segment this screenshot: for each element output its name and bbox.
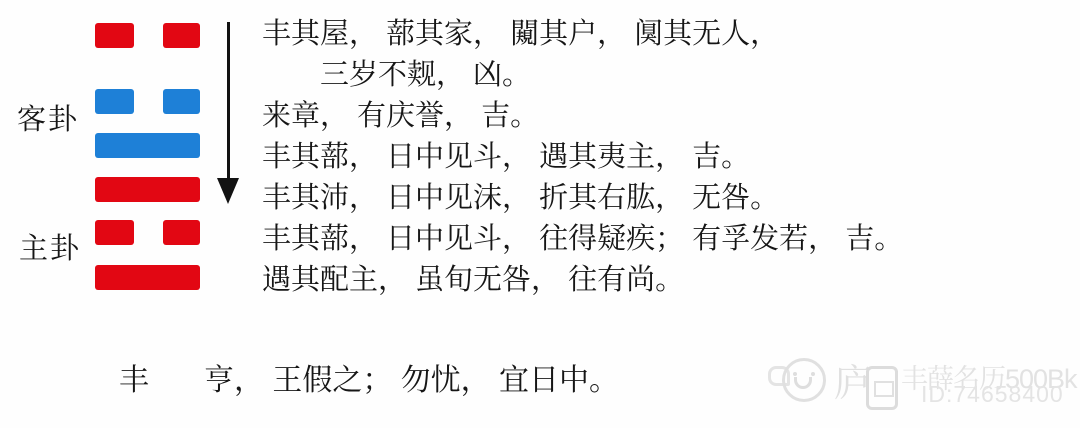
line-segment bbox=[95, 133, 200, 158]
smile-mouth-icon bbox=[794, 377, 812, 389]
hexagram-line-1 bbox=[95, 265, 200, 290]
smiley-face-icon bbox=[782, 358, 826, 402]
down-arrow-head-icon bbox=[217, 178, 239, 204]
hexagram-line-5 bbox=[95, 89, 200, 114]
line-segment bbox=[95, 177, 200, 202]
line-segment bbox=[163, 23, 200, 48]
watermark-id: ID:74658400 bbox=[921, 381, 1064, 408]
yao-text-line: 丰其屋， 蔀其家， 闚其户， 阒其无人， bbox=[262, 14, 1072, 55]
host-trigram-label: 主卦 bbox=[19, 226, 81, 267]
yao-text-line: 三岁不觌， 凶。 bbox=[262, 55, 1072, 96]
guest-trigram-label: 客卦 bbox=[17, 97, 79, 138]
line-segment bbox=[95, 220, 134, 245]
hexagram-line-3 bbox=[95, 177, 200, 202]
yao-text-line: 丰其沛， 日中见沫， 折其右肱， 无咎。 bbox=[262, 178, 1072, 219]
hexagram-line-6 bbox=[95, 23, 200, 48]
hexagram-figure bbox=[95, 0, 200, 300]
line-segment bbox=[95, 265, 200, 290]
line-segment bbox=[163, 220, 200, 245]
feng-hexagram-diagram: 客卦 主卦 丰其屋， 蔀其家， 闚其户， 阒其无人，三岁不觌， 凶。来章， 有庆… bbox=[0, 0, 1080, 428]
yao-text-line: 丰其蔀， 日中见斗， 遇其夷主， 吉。 bbox=[262, 137, 1072, 178]
yao-text-line: 丰其蔀， 日中见斗， 往得疑疾； 有孚发若， 吉。 bbox=[262, 219, 1072, 260]
yao-text-line: 遇其配主， 虽旬无咎， 往有尚。 bbox=[262, 260, 1072, 301]
hexagram-line-2 bbox=[95, 220, 200, 245]
line-segment bbox=[163, 89, 200, 114]
hexagram-name: 丰 bbox=[119, 355, 149, 399]
down-arrow-shaft bbox=[227, 22, 230, 180]
seal-box-icon bbox=[866, 366, 898, 410]
judgment-text: 亨， 王假之； 勿忧， 宜日中。 bbox=[204, 355, 619, 399]
line-segment bbox=[95, 23, 134, 48]
yao-text-column: 丰其屋， 蔀其家， 闚其户， 阒其无人，三岁不觌， 凶。来章， 有庆誉， 吉。丰… bbox=[262, 14, 1072, 301]
hexagram-line-4 bbox=[95, 133, 200, 158]
line-segment bbox=[95, 89, 134, 114]
yao-text-line: 来章， 有庆誉， 吉。 bbox=[262, 96, 1072, 137]
